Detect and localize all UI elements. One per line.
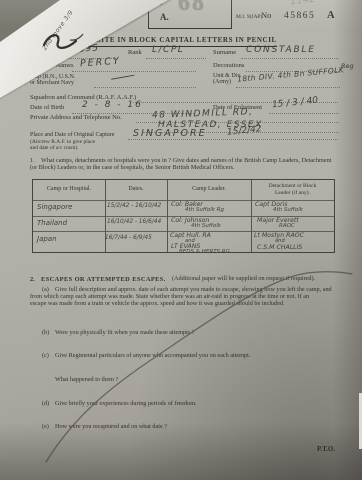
- field-address-value-1: 48 WINDMILL RD,: [152, 107, 254, 121]
- serial-suffix: A: [327, 10, 335, 22]
- q2d-label: (d): [42, 401, 49, 408]
- field-unit-annotation: Reg: [341, 62, 354, 70]
- field-capture-date: 15/2/42: [227, 124, 263, 138]
- table-row-detachment: RAOC: [279, 223, 295, 229]
- q2-title: ESCAPES OR ATTEMPTED ESCAPES.: [41, 276, 166, 283]
- field-surname-value: CONSTABLE: [246, 45, 316, 55]
- camps-table: Camp or Hospital. Dates. Camp Leader. De…: [32, 179, 335, 253]
- table-header-dates: Dates.: [105, 186, 167, 192]
- table-row-leader: 4th Suffolk Rg: [185, 207, 224, 213]
- table-row-camp: Japan: [37, 235, 57, 243]
- mi9-label: M.I. 9(JAP): [236, 14, 262, 20]
- pto-label: P.T.O.: [317, 446, 335, 453]
- scanned-pow-questionnaire: No 68 A. M.I. 9(JAP) No 45865 A 1142 WRI…: [0, 0, 362, 480]
- table-row-dates: 15/2/42 - 16/10/42: [107, 203, 161, 209]
- q2c-label: (c): [42, 353, 49, 360]
- stamp-box-letter: A.: [160, 13, 169, 23]
- stamp-number: 68: [178, 0, 206, 16]
- q2d-text: Give briefly your experiences during per…: [55, 401, 197, 408]
- table-header-leader: Camp Leader.: [167, 186, 251, 192]
- field-unit-label-2: (Army): [213, 79, 231, 86]
- table-row-leader: 4th Suffolk: [191, 223, 221, 229]
- table-row-dates: 16/7/44 - 6/9/45: [105, 235, 152, 241]
- field-rank-value: L/CPL: [152, 45, 184, 55]
- field-capture-value: SINGAPORE: [133, 128, 207, 139]
- q2b-label: (b): [42, 330, 49, 337]
- table-row-detachment: 4th Suffolk: [273, 207, 303, 213]
- table-row-leader: BEDS & HERTS RG: [179, 249, 230, 255]
- q1-text-line2: (or Block) Leaders or, in the case of ho…: [30, 165, 234, 172]
- table-row-dates: 16/10/42 - 16/6/44: [107, 219, 161, 225]
- field-decorations-label: Decorations: [213, 62, 244, 69]
- table-header-camp: Camp or Hospital.: [33, 186, 105, 192]
- table-header-detachment-2: Leader (if any).: [251, 190, 334, 196]
- q2e-text: How were you recaptured and on what date…: [55, 424, 167, 431]
- dotted-line: [236, 86, 340, 88]
- table-row-detachment: C.S.M CHALLIS: [257, 244, 302, 251]
- q2-note: (Additional paper will be supplied on re…: [172, 276, 315, 283]
- serial-no-label: No: [261, 11, 271, 20]
- field-enlist-value: 15 / 3 / 40: [272, 96, 319, 111]
- field-capture-label: Place and Date of Original Capture: [30, 132, 114, 139]
- corner-pencil-mark: 1142: [289, 0, 315, 7]
- table-header-detachment-1: Detachment or Block: [251, 183, 334, 189]
- q2c2-text: What happened to them ?: [55, 377, 118, 384]
- serial-number: 45865: [284, 11, 315, 21]
- field-capture-sublabel-2: and date of a/c crash).: [30, 145, 78, 151]
- field-rank-label: Rank: [128, 49, 142, 56]
- dotted-line: [269, 112, 339, 114]
- field-unit-value: 18th DIV. 4th Bn SUFFOLK: [237, 65, 345, 83]
- field-dob-label: Date of Birth: [30, 104, 64, 111]
- field-christian-value: PERCY: [80, 56, 121, 70]
- field-dob-value: 2 - 8 - 16: [82, 100, 143, 110]
- field-ship-label-2: or Merchant Navy: [30, 80, 74, 87]
- q2c-text: Give Regimental particulars of anyone wh…: [55, 353, 250, 360]
- field-ship-dash: —: [109, 68, 137, 87]
- field-address-label: Private Address and Telephone No.: [30, 114, 122, 121]
- q2-number: 2.: [30, 276, 35, 283]
- q2b-text: Were you physically fit when you made th…: [55, 330, 195, 337]
- table-row-camp: Singapore: [37, 203, 72, 211]
- field-surname-label: Surname: [213, 49, 236, 56]
- q2e-label: (e): [42, 424, 49, 431]
- q2a-text-line3: escape was made from a train or vehicle …: [30, 301, 285, 308]
- dotted-line: [94, 86, 196, 88]
- dotted-line: [146, 57, 206, 59]
- dotted-line: [241, 57, 339, 59]
- table-row-camp: Thailand: [37, 219, 67, 227]
